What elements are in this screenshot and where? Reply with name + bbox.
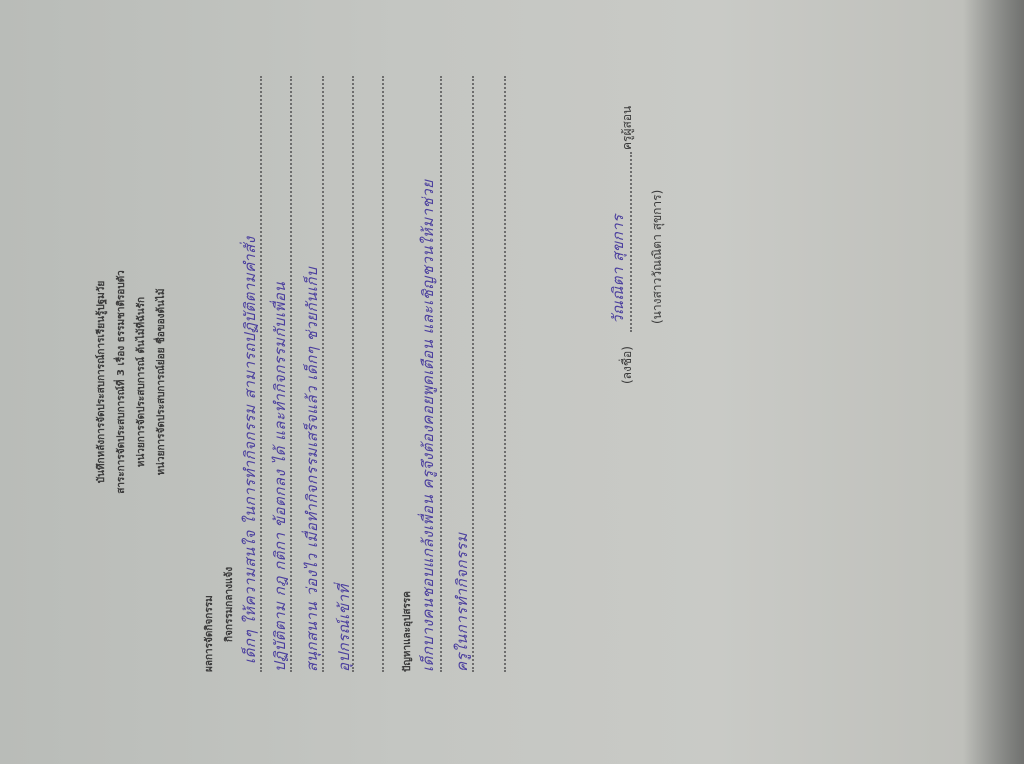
dotted-line [472,76,474,672]
results-heading: ผลการจัดกิจกรรม [202,595,217,672]
signature-line [630,152,632,332]
problems-heading: ปัญหาและอุปสรรค [400,591,415,672]
problems-line-1: เด็กบางคนชอบแกล้งเพื่อน ครูจึงต้องคอยพูด… [416,180,440,672]
signature-role: ครูผู้สอน [618,106,637,150]
dotted-line [382,76,384,672]
problems-line-2: ครูในการทำกิจกรรม [450,533,474,673]
dotted-line [322,76,324,672]
activity-heading: กิจกรรมกลางแจ้ง [222,567,237,642]
activity-line-1: เด็กๆ ให้ความสนใจ ในการทำกิจกรรม สามารถป… [238,236,262,664]
dotted-line [352,76,354,672]
document-page: บันทึกหลังการจัดประสบการณ์การเรียนรู้ปฐม… [0,0,1024,764]
dotted-line [440,76,442,672]
signature-label: (ลงชื่อ) [618,346,637,384]
signature: วัณณิตา สุขการ [606,214,630,324]
dotted-line [290,76,292,672]
header-title: บันทึกหลังการจัดประสบการณ์การเรียนรู้ปฐม… [92,0,112,764]
header-subject: สาระการจัดประสบการณ์ที่ 3 เรื่อง ธรรมชาต… [112,0,132,764]
header-subunit: หน่วยการจัดประสบการณ์ย่อย ชื่อของต้นไม้ [152,0,172,764]
printed-name: (นางสาววัณณิตา สุขการ) [648,190,667,324]
activity-line-2: ปฏิบัติตาม กฎ กติกา ข้อตกลง ได้ และทำกิจ… [268,282,292,672]
header-unit: หน่วยการจัดประสบการณ์ ต้นไม้ที่ฉันรัก [132,0,152,764]
activity-line-3: สนุกสนาน ว่องไว เมื่อทำกิจกรรมเสร็จแล้ว … [300,267,324,672]
dotted-line [504,76,506,672]
dotted-line [260,76,262,672]
document-header: บันทึกหลังการจัดประสบการณ์การเรียนรู้ปฐม… [92,0,172,764]
